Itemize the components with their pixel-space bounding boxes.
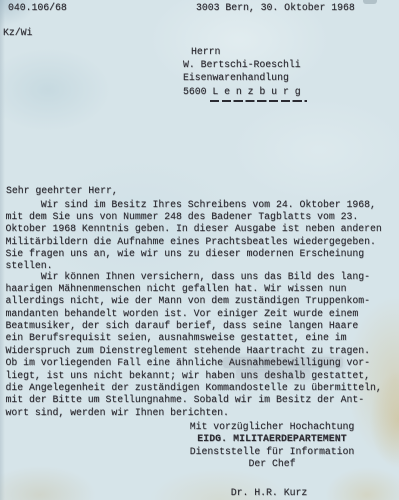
- body-line: die Angelegenheit der zuständigen Komman…: [6, 382, 398, 394]
- body-line: Ob im vorliegenden Fall eine ähnliche Au…: [6, 357, 398, 369]
- body-line: liegt, ist uns nicht bekannt; wir haben …: [6, 370, 398, 382]
- typist-initials: Kz/Wi: [3, 27, 32, 39]
- body-line: mit der Bitte um Stellungnahme. Sobald w…: [6, 394, 398, 406]
- body-paragraph-1: Wir sind im Besitz Ihres Schreibens vom …: [6, 199, 398, 273]
- recipient-company: Eisenwarenhandlung: [183, 71, 301, 84]
- body-line: mandanten behandelt worden ist. Vor eini…: [6, 308, 398, 320]
- place-date-line: 3003 Bern, 30. Oktober 1968: [196, 2, 355, 14]
- department-name: Dienststelle für Information: [152, 446, 392, 458]
- body-line: allerdings nicht, wie der Mann von dem z…: [6, 295, 398, 307]
- body-line: Oktober 1968 Kenntnis geben. In dieser A…: [6, 223, 398, 235]
- body-line: haarigen Mähnenmenschen nicht gefallen h…: [6, 283, 398, 295]
- closing-block: Mit vorzüglicher Hochachtung EIDG. MILIT…: [152, 421, 392, 471]
- body-line: ein Berufsrequisit seien, ausnahmsweise …: [6, 332, 398, 344]
- body-line: wort sind, werden wir Ihnen berichten.: [6, 407, 398, 419]
- body-line: Beatmusiker, der sich darauf berief, das…: [6, 320, 398, 332]
- recipient-salutation: Herrn: [183, 45, 301, 58]
- sender-title: Der Chef: [152, 458, 392, 470]
- scanned-letter-page: 040.106/68 3003 Bern, 30. Oktober 1968 K…: [0, 0, 399, 500]
- recipient-name: W. Bertschi-Roeschli: [183, 58, 301, 71]
- body-line: Wir sind im Besitz Ihres Schreibens vom …: [6, 199, 398, 211]
- signature-name: Dr. H.R. Kurz: [169, 487, 369, 499]
- salutation: Sehr geehrter Herr,: [6, 185, 118, 197]
- body-line: Widerspruch zum Dienstreglement stehende…: [6, 345, 398, 357]
- recipient-city: 5600 L e n z b u r g: [183, 85, 301, 98]
- body-line: Sie fragen uns an, wie wir uns zu dieser…: [6, 248, 398, 260]
- body-line: mit dem Sie uns von Nummer 248 des Baden…: [6, 211, 398, 223]
- body-line: Wir können Ihnen versichern, dass uns da…: [6, 271, 398, 283]
- recipient-address-block: Herrn W. Bertschi-Roeschli Eisenwarenhan…: [183, 45, 301, 99]
- body-line: Militärbildern die Aufnahme eines Pracht…: [6, 236, 398, 248]
- city-underline: [210, 100, 307, 102]
- organization-name: EIDG. MILITAERDEPARTEMENT: [152, 433, 392, 445]
- body-paragraph-2: Wir können Ihnen versichern, dass uns da…: [6, 271, 398, 420]
- valediction: Mit vorzüglicher Hochachtung: [152, 421, 392, 433]
- scan-edge-mark: [363, 0, 377, 4]
- reference-number: 040.106/68: [8, 2, 67, 14]
